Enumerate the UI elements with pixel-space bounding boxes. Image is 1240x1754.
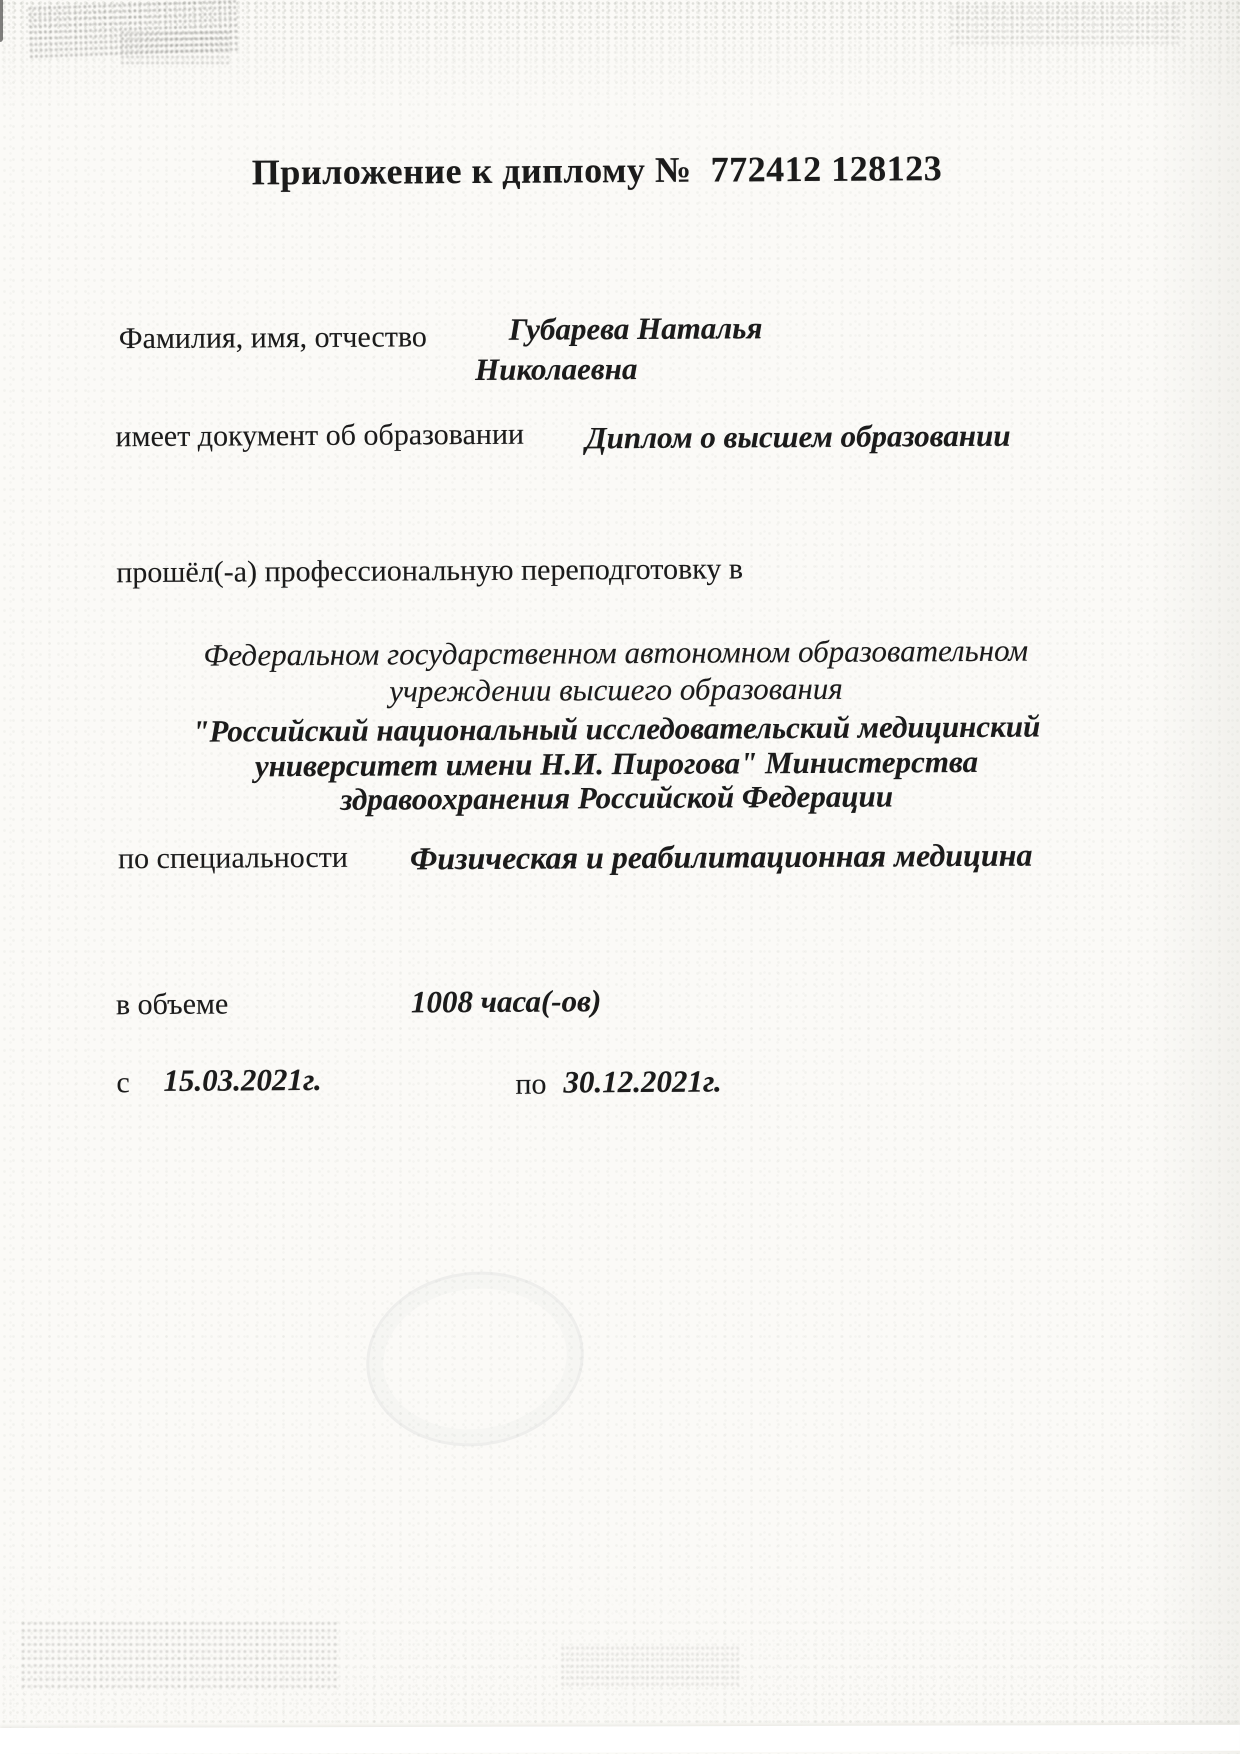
education-document-label: имеет документ об образовании	[115, 418, 524, 454]
document-content: Приложение к диплому № 772412 128123 Фам…	[0, 0, 1240, 1754]
period-to-label: по	[515, 1068, 546, 1102]
institution-type-line2: учреждении высшего образования	[9, 668, 1223, 711]
institution-type-line1: Федеральном государственном автономном о…	[9, 631, 1223, 674]
education-document-value: Диплом о высшем образовании	[585, 418, 1010, 457]
period-from-value: 15.03.2021г.	[163, 1062, 322, 1099]
retraining-statement: прошёл(-а) профессиональную переподготов…	[116, 552, 743, 590]
page-title: Приложение к диплому № 772412 128123	[252, 147, 943, 193]
institution-name-line3: здравоохранения Российской Федерации	[10, 776, 1224, 819]
full-name-value-line1: Губарева Наталья	[509, 310, 763, 348]
volume-label: в объеме	[116, 988, 229, 1023]
scanned-diploma-supplement: Приложение к диплому № 772412 128123 Фам…	[0, 0, 1240, 1754]
full-name-label: Фамилия, имя, отчество	[119, 320, 427, 356]
period-from-label: с	[116, 1066, 130, 1100]
specialty-value: Физическая и реабилитационная медицина	[410, 837, 1033, 878]
volume-value: 1008 часа(-ов)	[411, 983, 602, 1020]
full-name-value-line2: Николаевна	[475, 351, 638, 388]
period-to-value: 30.12.2021г.	[563, 1064, 722, 1101]
specialty-label: по специальности	[118, 841, 348, 876]
